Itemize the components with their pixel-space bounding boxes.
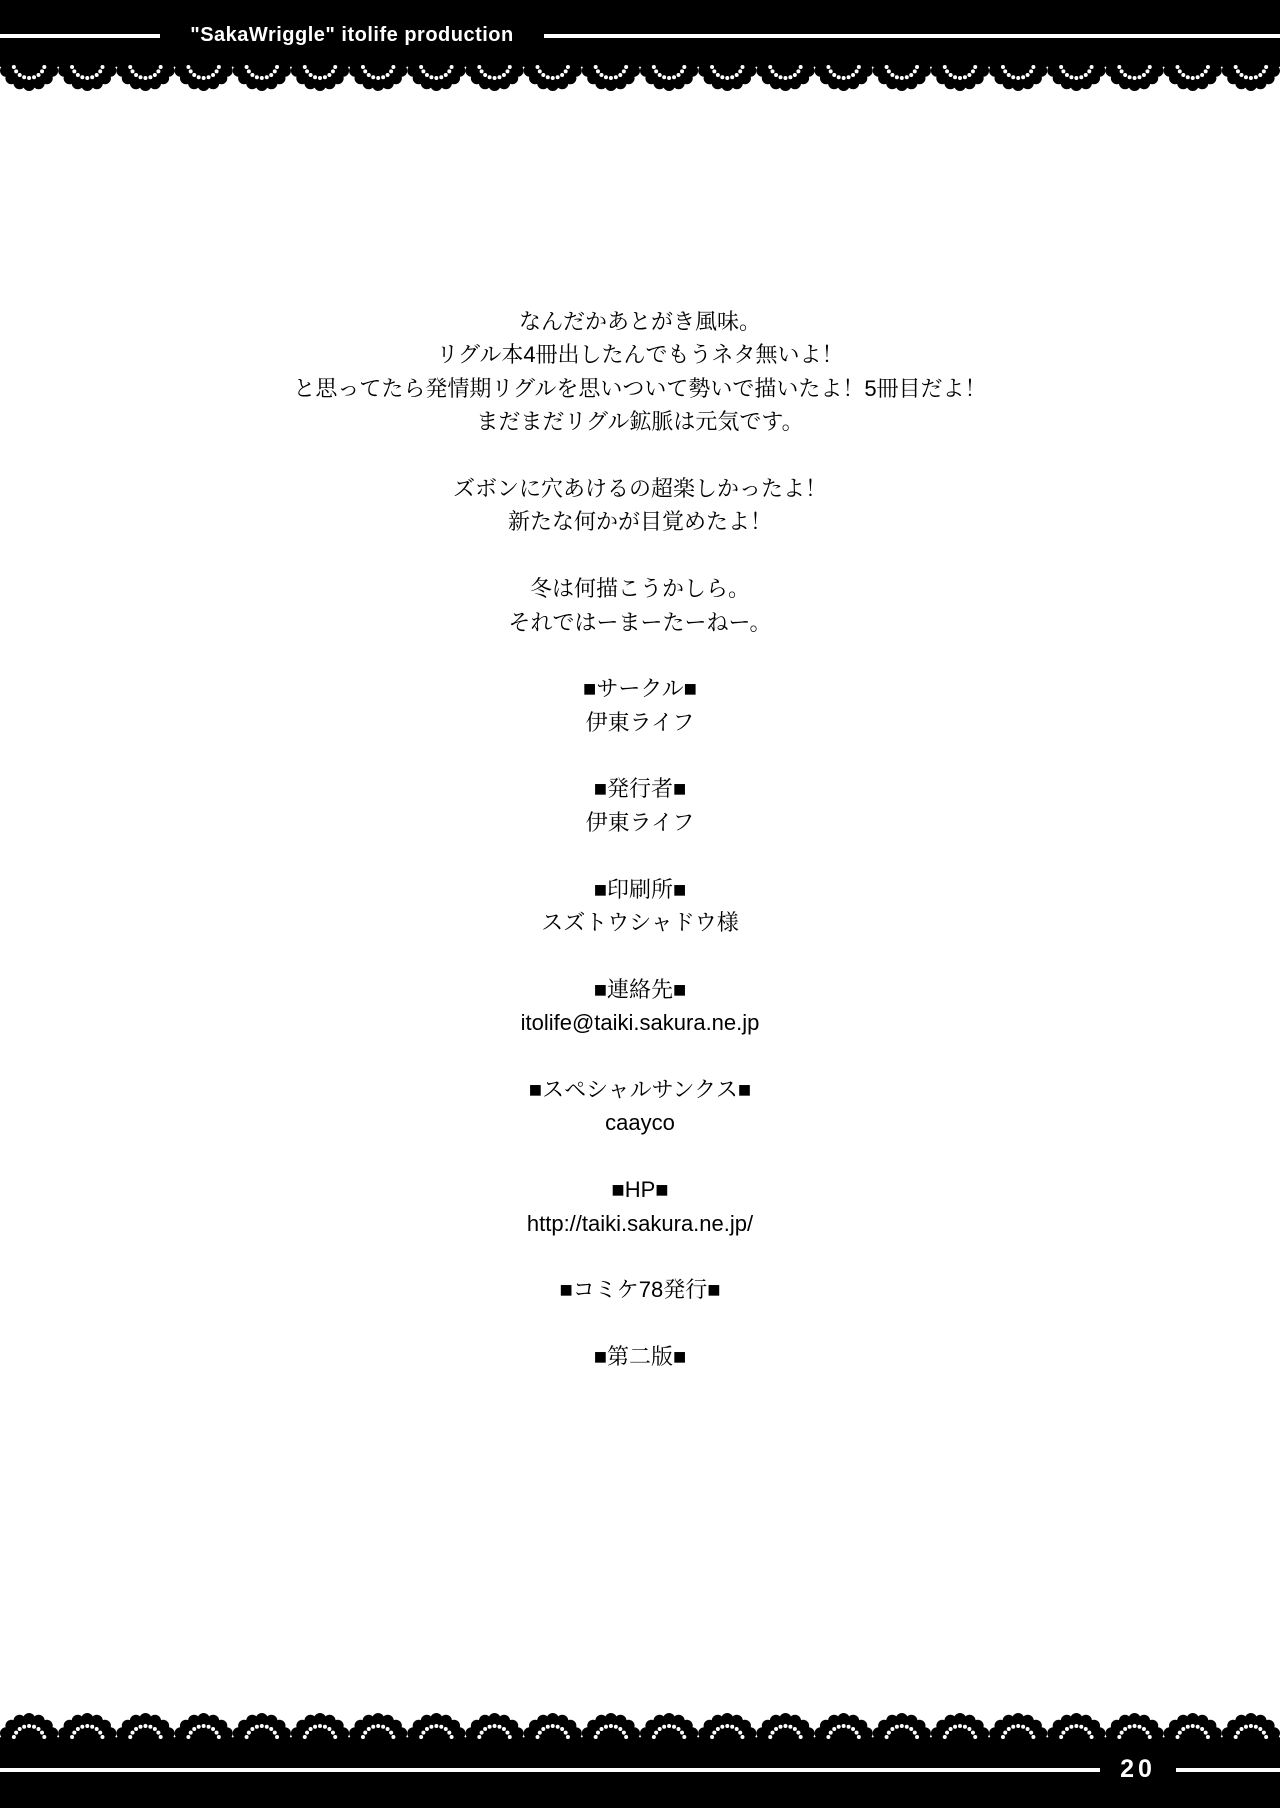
credit-section-heading: ■第二版■ — [0, 1340, 1280, 1373]
lace-border-bottom — [0, 1708, 1280, 1742]
credit-section-value: 伊東ライフ — [0, 706, 1280, 739]
footer-rule-line — [0, 1768, 1280, 1772]
afterword-line: それではーまーたーねー。 — [0, 606, 1280, 639]
header-bar: "SakaWriggle" itolife production — [0, 0, 1280, 62]
afterword-line: 冬は何描こうかしら。 — [0, 572, 1280, 605]
afterword-line: なんだかあとがき風味。 — [0, 305, 1280, 338]
afterword-line: リグル本4冊出したんでもうネタ無いよ！ — [0, 338, 1280, 371]
header-title: "SakaWriggle" itolife production — [160, 23, 544, 51]
credit-section-value: スズトウシャドウ様 — [0, 906, 1280, 939]
credit-section-heading: ■連絡先■ — [0, 973, 1280, 1006]
afterword-line: 新たな何かが目覚めたよ！ — [0, 505, 1280, 538]
credit-section-value: caayco — [0, 1106, 1280, 1139]
credit-section-edition: ■第二版■ — [0, 1340, 1280, 1373]
blank-line — [0, 1040, 1280, 1073]
blank-line — [0, 639, 1280, 672]
blank-line — [0, 539, 1280, 572]
blank-line — [0, 1240, 1280, 1273]
credit-section-special-thanks: ■スペシャルサンクス■ caayco — [0, 1073, 1280, 1173]
credit-section-value: http://taiki.sakura.ne.jp/ — [0, 1207, 1280, 1240]
blank-line — [0, 1307, 1280, 1340]
lace-border-top — [0, 62, 1280, 96]
credit-section-homepage: ■HP■ http://taiki.sakura.ne.jp/ — [0, 1173, 1280, 1273]
credit-section-value: itolife@taiki.sakura.ne.jp — [0, 1006, 1280, 1039]
credit-section-heading: ■印刷所■ — [0, 873, 1280, 906]
credit-section-heading: ■発行者■ — [0, 772, 1280, 805]
credit-section-heading: ■サークル■ — [0, 672, 1280, 705]
credit-section-event: ■コミケ78発行■ — [0, 1273, 1280, 1340]
credit-section-heading: ■スペシャルサンクス■ — [0, 1073, 1280, 1106]
blank-line — [0, 839, 1280, 872]
credit-section-publisher: ■発行者■ 伊東ライフ — [0, 772, 1280, 872]
blank-line — [0, 1140, 1280, 1173]
credit-section-heading: ■HP■ — [0, 1173, 1280, 1206]
credit-section-printer: ■印刷所■ スズトウシャドウ様 — [0, 873, 1280, 973]
footer-bar: 20 — [0, 1742, 1280, 1808]
afterword-text: なんだかあとがき風味。 リグル本4冊出したんでもうネタ無いよ！ と思ってたら発情… — [0, 305, 1280, 1374]
page-number: 20 — [1100, 1755, 1176, 1788]
credit-section-heading: ■コミケ78発行■ — [0, 1273, 1280, 1306]
blank-line — [0, 739, 1280, 772]
afterword-line: ズボンに穴あけるの超楽しかったよ！ — [0, 472, 1280, 505]
blank-line — [0, 439, 1280, 472]
credit-section-value: 伊東ライフ — [0, 806, 1280, 839]
credit-section-circle: ■サークル■ 伊東ライフ — [0, 672, 1280, 772]
afterword-line: と思ってたら発情期リグルを思いついて勢いで描いたよ！5冊目だよ！ — [0, 372, 1280, 405]
afterword-line: まだまだリグル鉱脈は元気です。 — [0, 405, 1280, 438]
doujin-afterword-page: "SakaWriggle" itolife production なんだかあとが… — [0, 0, 1280, 1808]
blank-line — [0, 939, 1280, 972]
credit-section-contact: ■連絡先■ itolife@taiki.sakura.ne.jp — [0, 973, 1280, 1073]
